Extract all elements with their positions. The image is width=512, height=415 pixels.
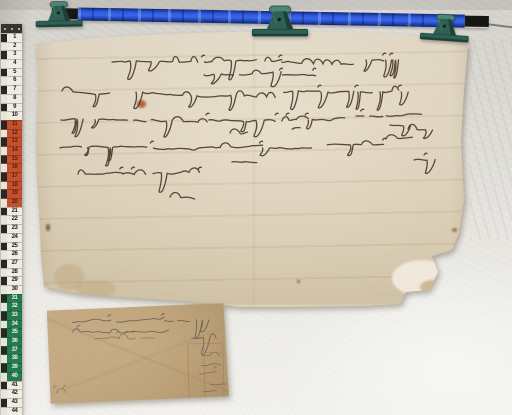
ruler-cell: 22 [1,215,22,224]
ruler-cell: 26 [1,250,22,259]
wall-streaks-right [470,40,512,240]
ruler-cell: 3 [1,50,22,59]
ruler-cell: 16 [1,163,22,172]
ruler-number: 3 [7,51,22,59]
ruler-number: 22 [7,216,22,224]
script-line [78,167,201,192]
ruler-cell: 32 [1,302,22,311]
ruler-cell: 11 [1,120,22,129]
ruler-cell: 41 [1,381,22,390]
ruler-cell: 2 [1,42,22,51]
script-line [204,398,215,399]
ruler-number: 1 [7,34,22,42]
ruler-cell: 9 [1,103,22,112]
ruler-number: 8 [7,95,22,103]
script-line [112,55,353,80]
script-line [60,141,312,166]
ruler-cell: 40 [1,372,22,381]
script-line [134,85,408,110]
ruler-number: 9 [7,104,22,112]
ruler-cell: 12 [1,129,22,138]
script-line [356,109,421,117]
ruler-cell: 20 [1,198,22,207]
ruler-cell: 15 [1,155,22,164]
ruler-number: 40 [7,373,22,381]
ruler-cell: 25 [1,242,22,251]
ruler-cell: 23 [1,224,22,233]
ruler-cell: 14 [1,146,22,155]
ruler-number: 13 [7,138,22,146]
clip-left [34,0,85,32]
ruler-number: 21 [7,208,22,216]
ruler-cell: 31 [1,294,22,303]
ruler-cell: 37 [1,346,22,355]
script-line [390,125,411,136]
ruler-cell: 35 [1,328,22,337]
script-line [364,53,399,78]
clip-right [418,5,473,50]
script-line [232,162,257,163]
ruler-cell: 17 [1,172,22,181]
ruler-cell: 8 [1,94,22,103]
ruler-cell: 10 [1,111,22,120]
ruler-cell: 44 [1,407,22,415]
ruler-number: 18 [7,182,22,190]
ruler-number: 19 [7,190,22,198]
ruler-cell: 28 [1,268,22,277]
ruler-number: 6 [7,77,22,85]
ruler-number: 41 [7,382,22,390]
ruler-cell: 33 [1,311,22,320]
ruler-number: 42 [7,390,22,398]
ruler-cell: 6 [1,76,22,85]
script-line [199,367,216,375]
ruler-cell: 29 [1,276,22,285]
ruler-cells: 1234567891011121314151617181920212223242… [1,33,22,415]
script-line [72,313,209,341]
ruler-number: 20 [7,199,22,207]
ruler-number: 30 [7,286,22,294]
main-manuscript-paper [34,28,470,310]
main-manuscript [34,28,470,310]
measuring-ruler: 1234567891011121314151617181920212223242… [1,24,22,415]
archival-photo-scene: 1234567891011121314151617181920212223242… [0,0,512,415]
slip-grid-box [188,343,224,401]
ruler-cell: 4 [1,59,22,68]
ruler-cell: 27 [1,259,22,268]
hanging-wire [486,23,512,29]
ruler-cell: 1 [1,33,22,42]
ruler-number: 10 [7,112,22,120]
ruler-cell: 42 [1,389,22,398]
script-line [204,68,316,86]
ruler-number: 23 [7,225,22,233]
ruler-cell: 30 [1,285,22,294]
ruler-cell: 5 [1,68,22,77]
script-line [414,153,435,173]
script-line [292,128,300,130]
ruler-number: 15 [7,156,22,164]
ruler-cell: 13 [1,137,22,146]
ruler-number: 25 [7,243,22,251]
ruler-cell: 39 [1,363,22,372]
ruler-number: 17 [7,173,22,181]
ruler-number: 24 [7,234,22,242]
script-line [386,135,412,139]
script-line [170,192,195,199]
ruler-cell: 36 [1,337,22,346]
ruler-number: 34 [7,321,22,329]
ruler-number: 14 [7,147,22,155]
ruler-cell: 19 [1,189,22,198]
ruler-number: 38 [7,355,22,363]
ruler-cell: 24 [1,233,22,242]
script-line [72,324,168,335]
ruler-number: 12 [7,130,22,138]
ruler-number: 4 [7,60,22,68]
ruler-number: 11 [7,121,22,129]
slip-script-and-grid [45,303,229,404]
ruler-cell: 7 [1,85,22,94]
ruler-number: 28 [7,269,22,277]
tibetan-script-lines [34,28,470,310]
ruler-cell: 34 [1,320,22,329]
script-line [408,124,433,138]
ruler-number: 33 [7,312,22,320]
ruler-number: 36 [7,338,22,346]
ruler-number: 7 [7,86,22,94]
ruler-number: 26 [7,251,22,259]
ruler-number: 27 [7,260,22,268]
script-line [53,386,66,393]
ruler-number: 35 [7,329,22,337]
ruler-number: 32 [7,303,22,311]
small-slip-paper [45,303,229,404]
ruler-number: 5 [7,69,22,77]
ruler-cell: 38 [1,354,22,363]
ruler-cap [1,24,22,33]
ruler-cell: 43 [1,398,22,407]
ruler-number: 37 [7,347,22,355]
ruler-number: 16 [7,164,22,172]
ruler-number: 31 [7,295,22,303]
script-line [62,87,110,107]
ruler-cell: 18 [1,181,22,190]
script-line [61,113,345,137]
ruler-number: 44 [7,408,22,415]
ruler-number: 29 [7,277,22,285]
ruler-number: 43 [7,399,22,407]
ruler-cell: 21 [1,207,22,216]
small-slip [46,305,228,402]
ruler-number: 2 [7,43,22,51]
clip-middle [250,2,310,40]
ruler-number: 39 [7,364,22,372]
script-line [327,138,385,155]
